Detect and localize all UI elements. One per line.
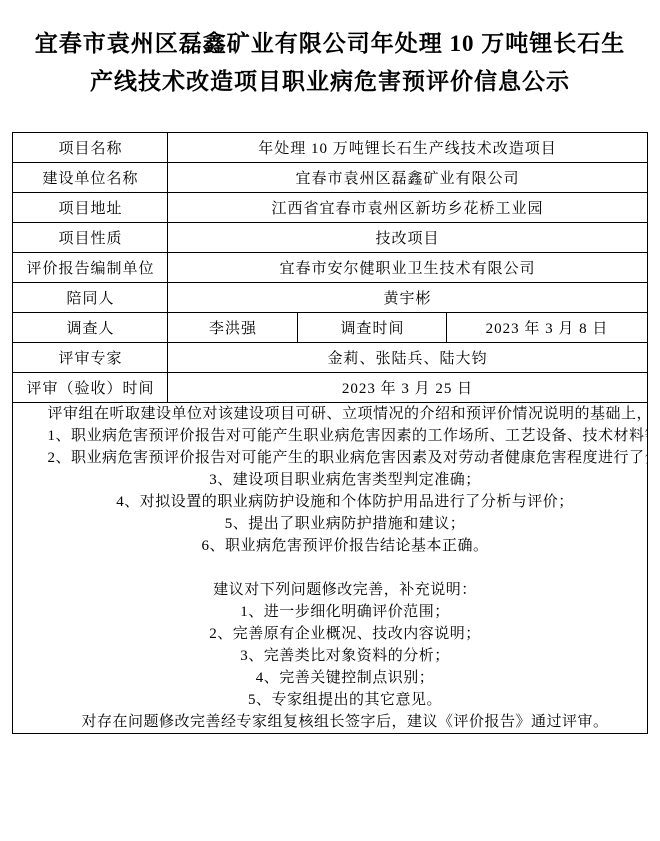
opinion-paragraph: 3、完善类比对象资料的分析； — [17, 645, 642, 667]
row-label-investigation-time: 调查时间 — [298, 313, 447, 343]
table-row-review-opinion: 评审组在听取建设单位对该建设项目可研、立项情况的介绍和预评价情况说明的基础上，查… — [13, 403, 647, 734]
row-value-report-compiler: 宜春市安尔健职业卫生技术有限公司 — [168, 253, 647, 283]
opinion-paragraph: 6、职业病危害预评价报告结论基本正确。 — [17, 535, 642, 557]
row-value-accompanying-person: 黄宇彬 — [168, 283, 647, 313]
opinion-paragraph: 2、完善原有企业概况、技改内容说明； — [17, 623, 642, 645]
info-table: 项目名称 年处理 10 万吨锂长石生产线技术改造项目 建设单位名称 宜春市袁州区… — [12, 132, 647, 734]
opinion-paragraph: 评审组在听取建设单位对该建设项目可研、立项情况的介绍和预评价情况说明的基础上，查… — [17, 403, 642, 425]
opinion-paragraph-blank — [17, 557, 642, 579]
opinion-paragraph: 1、职业病危害预评价报告对可能产生职业病危害因素的工作场所、工艺设备、技术材料等… — [17, 425, 642, 447]
table-row-accompanying-person: 陪同人 黄宇彬 — [13, 283, 647, 313]
row-label-project-name: 项目名称 — [13, 133, 168, 163]
table-row-report-compiler: 评价报告编制单位 宜春市安尔健职业卫生技术有限公司 — [13, 253, 647, 283]
row-value-project-name: 年处理 10 万吨锂长石生产线技术改造项目 — [168, 133, 647, 163]
row-value-investigation-time: 2023 年 3 月 8 日 — [447, 313, 647, 343]
page-title: 宜春市袁州区磊鑫矿业有限公司年处理 10 万吨锂长石生 产线技术改造项目职业病危… — [0, 0, 660, 101]
row-value-review-time: 2023 年 3 月 25 日 — [168, 373, 647, 403]
row-value-construction-unit: 宜春市袁州区磊鑫矿业有限公司 — [168, 163, 647, 193]
row-value-project-address: 江西省宜春市袁州区新坊乡花桥工业园 — [168, 193, 647, 223]
row-value-investigator: 李洪强 — [168, 313, 298, 343]
opinion-paragraph: 4、完善关键控制点识别； — [17, 667, 642, 689]
opinion-paragraph: 对存在问题修改完善经专家组复核组长签字后，建议《评价报告》通过评审。 — [17, 711, 642, 733]
row-value-review-experts: 金莉、张陆兵、陆大钧 — [168, 343, 647, 373]
row-label-construction-unit: 建设单位名称 — [13, 163, 168, 193]
table-row-review-time: 评审（验收）时间 2023 年 3 月 25 日 — [13, 373, 647, 403]
table-row-investigator: 调查人 李洪强 调查时间 2023 年 3 月 8 日 — [13, 313, 647, 343]
row-label-investigator: 调查人 — [13, 313, 168, 343]
page-title-line-2: 产线技术改造项目职业病危害预评价信息公示 — [0, 63, 660, 101]
page-title-line-1: 宜春市袁州区磊鑫矿业有限公司年处理 10 万吨锂长石生 — [0, 25, 660, 63]
opinion-paragraph: 1、进一步细化明确评价范围； — [17, 601, 642, 623]
document-page: 宜春市袁州区磊鑫矿业有限公司年处理 10 万吨锂长石生 产线技术改造项目职业病危… — [0, 0, 660, 841]
row-value-project-nature: 技改项目 — [168, 223, 647, 253]
row-label-project-address: 项目地址 — [13, 193, 168, 223]
row-label-project-nature: 项目性质 — [13, 223, 168, 253]
opinion-paragraph: 4、对拟设置的职业病防护设施和个体防护用品进行了分析与评价； — [17, 491, 642, 513]
opinion-paragraph: 2、职业病危害预评价报告对可能产生的职业病危害因素及对劳动者健康危害程度进行了分… — [17, 447, 642, 469]
table-row-construction-unit: 建设单位名称 宜春市袁州区磊鑫矿业有限公司 — [13, 163, 647, 193]
row-label-report-compiler: 评价报告编制单位 — [13, 253, 168, 283]
table-row-project-address: 项目地址 江西省宜春市袁州区新坊乡花桥工业园 — [13, 193, 647, 223]
table-row-project-nature: 项目性质 技改项目 — [13, 223, 647, 253]
opinion-paragraph: 3、建设项目职业病危害类型判定准确； — [17, 469, 642, 491]
opinion-paragraph: 5、专家组提出的其它意见。 — [17, 689, 642, 711]
opinion-paragraph: 建议对下列问题修改完善，补充说明： — [17, 579, 642, 601]
table-row-project-name: 项目名称 年处理 10 万吨锂长石生产线技术改造项目 — [13, 133, 647, 163]
opinion-paragraph: 5、提出了职业病防护措施和建议； — [17, 513, 642, 535]
table-row-review-experts: 评审专家 金莉、张陆兵、陆大钧 — [13, 343, 647, 373]
row-label-review-time: 评审（验收）时间 — [13, 373, 168, 403]
row-label-review-experts: 评审专家 — [13, 343, 168, 373]
row-label-accompanying-person: 陪同人 — [13, 283, 168, 313]
review-opinion-cell: 评审组在听取建设单位对该建设项目可研、立项情况的介绍和预评价情况说明的基础上，查… — [13, 403, 647, 734]
